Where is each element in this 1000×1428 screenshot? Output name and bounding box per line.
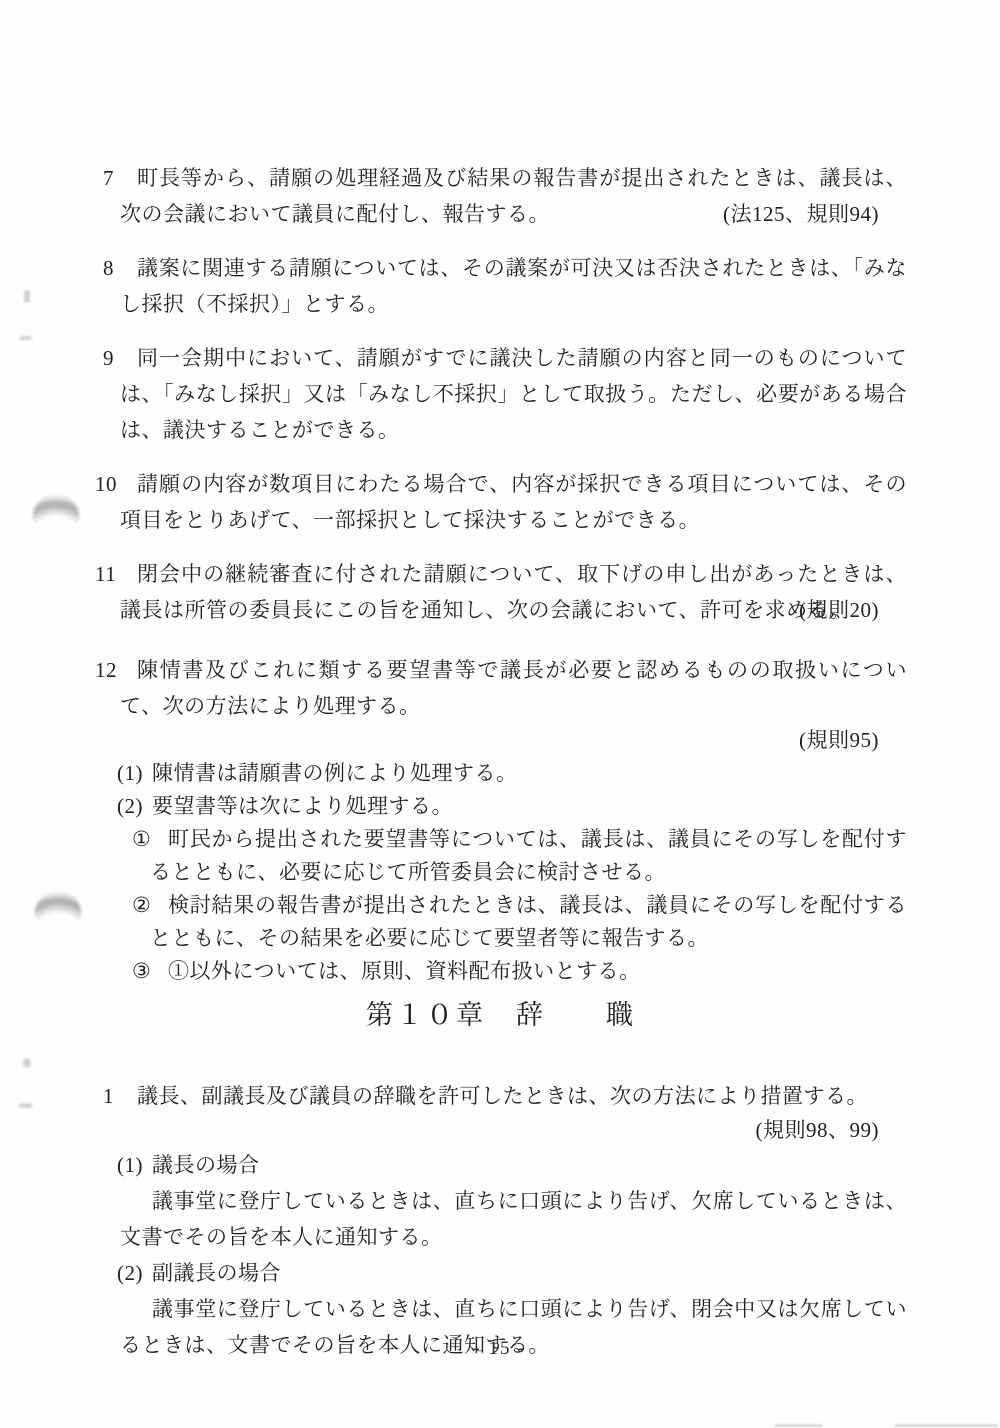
scan-artifact: [24, 290, 30, 303]
sub-item-2: (2)要望書等は次により処理する。: [95, 790, 907, 823]
list-item-11: 11閉会中の継続審査に付された請願について、取下げの申し出があったときは、議長は…: [95, 556, 907, 628]
list-item-12: 12陳情書及びこれに類する要望書等で議長が必要と認めるものの取扱いについて、次の…: [95, 652, 907, 724]
item-text: 陳情書及びこれに類する要望書等で議長が必要と認めるものの取扱いについて、次の方法…: [120, 658, 907, 718]
list-item-7: 7町長等から、請願の処理経過及び結果の報告書が提出されたときは、議長は、次の会議…: [95, 160, 907, 232]
circled-item-text: 検討結果の報告書が提出されたときは、議長は、議員にその写しを配付するとともに、そ…: [150, 893, 907, 950]
hole-punch-mark: [33, 494, 79, 538]
item-text: 同一会期中において、請願がすでに議決した請願の内容と同一のものについては、「みな…: [120, 346, 907, 442]
item-text: 閉会中の継続審査に付された請願について、取下げの申し出があったときは、議長は所管…: [120, 562, 907, 622]
legal-reference: (規則20): [799, 592, 879, 628]
list-item-10: 10請願の内容が数項目にわたる場合で、内容が採択できる項目については、その項目を…: [95, 466, 907, 538]
list-item-8: 8議案に関連する請願については、その議案が可決又は否決されたときは、「みなし採択…: [95, 250, 907, 322]
circled-number: ③: [132, 955, 151, 988]
sub-item-number: (1): [117, 757, 143, 790]
sub-item-label: 副議長の場合: [152, 1261, 281, 1285]
circled-item-1: ①町民から提出された要望書等については、議長は、議員にその写しを配付するとともに…: [95, 823, 907, 889]
item-number: 7: [103, 160, 114, 196]
chapter-heading: 第１０章 辞 職: [95, 998, 907, 1032]
item-text: 請願の内容が数項目にわたる場合で、内容が採択できる項目については、その項目をとり…: [120, 472, 907, 532]
sub-item-list: (1)陳情書は請願書の例により処理する。 (2)要望書等は次により処理する。 ①…: [95, 757, 907, 988]
hole-punch-mark: [35, 891, 81, 935]
item-text: 議案に関連する請願については、その議案が可決又は否決されたときは、「みなし採択（…: [120, 256, 907, 316]
scan-artifact: [775, 1424, 823, 1427]
sub-item-1: (1)議長の場合: [95, 1147, 907, 1183]
item-number: 8: [103, 250, 114, 286]
sub-item-number: (2): [117, 790, 143, 823]
sub-item-text: 要望書等は次により処理する。: [152, 794, 453, 818]
sub-item-label: 議長の場合: [152, 1153, 260, 1177]
sub-item-text: 陳情書は請願書の例により処理する。: [152, 761, 518, 785]
sub-item-1: (1)陳情書は請願書の例により処理する。: [95, 757, 907, 790]
legal-reference: (規則98、99): [95, 1114, 907, 1147]
item-number: 11: [95, 556, 116, 592]
item-number: 9: [103, 340, 114, 376]
sub-item-number: (1): [117, 1147, 143, 1183]
sub-item-2: (2)副議長の場合: [95, 1255, 907, 1291]
sub-item-body: 議事堂に登庁しているときは、直ちに口頭により告げ、欠席しているときは、文書でその…: [95, 1183, 907, 1255]
page-content: 7町長等から、請願の処理経過及び結果の報告書が提出されたときは、議長は、次の会議…: [95, 160, 907, 1363]
scan-artifact: [20, 336, 32, 340]
sub-item-number: (2): [117, 1255, 143, 1291]
circled-item-3: ③①以外については、原則、資料配布扱いとする。: [95, 955, 907, 988]
circled-item-text: ①以外については、原則、資料配布扱いとする。: [168, 959, 641, 983]
page-number: - 15 -: [0, 1338, 1000, 1360]
spacer: [95, 1032, 907, 1078]
scan-artifact: [23, 1058, 31, 1068]
document-page: 7町長等から、請願の処理経過及び結果の報告書が提出されたときは、議長は、次の会議…: [0, 0, 1000, 1428]
item-text: 議長、副議長及び議員の辞職を許可したときは、次の方法により措置する。: [137, 1084, 868, 1108]
item-number: 12: [95, 652, 117, 688]
circled-number: ①: [132, 823, 151, 856]
legal-reference: (規則95): [95, 724, 907, 757]
list-item-1: 1議長、副議長及び議員の辞職を許可したときは、次の方法により措置する。: [95, 1078, 907, 1114]
scan-artifact: [19, 1103, 32, 1108]
scan-artifact: [895, 1424, 998, 1427]
sub-item-list: (1)議長の場合 議事堂に登庁しているときは、直ちに口頭により告げ、欠席している…: [95, 1147, 907, 1363]
list-item-9: 9同一会期中において、請願がすでに議決した請願の内容と同一のものについては、「み…: [95, 340, 907, 448]
circled-number: ②: [132, 889, 151, 922]
item-number: 1: [103, 1078, 114, 1114]
legal-reference: (法125、規則94): [723, 196, 879, 232]
item-number: 10: [95, 466, 117, 502]
circled-item-text: 町民から提出された要望書等については、議長は、議員にその写しを配付するとともに、…: [150, 827, 907, 884]
circled-item-2: ②検討結果の報告書が提出されたときは、議長は、議員にその写しを配付するとともに、…: [95, 889, 907, 955]
